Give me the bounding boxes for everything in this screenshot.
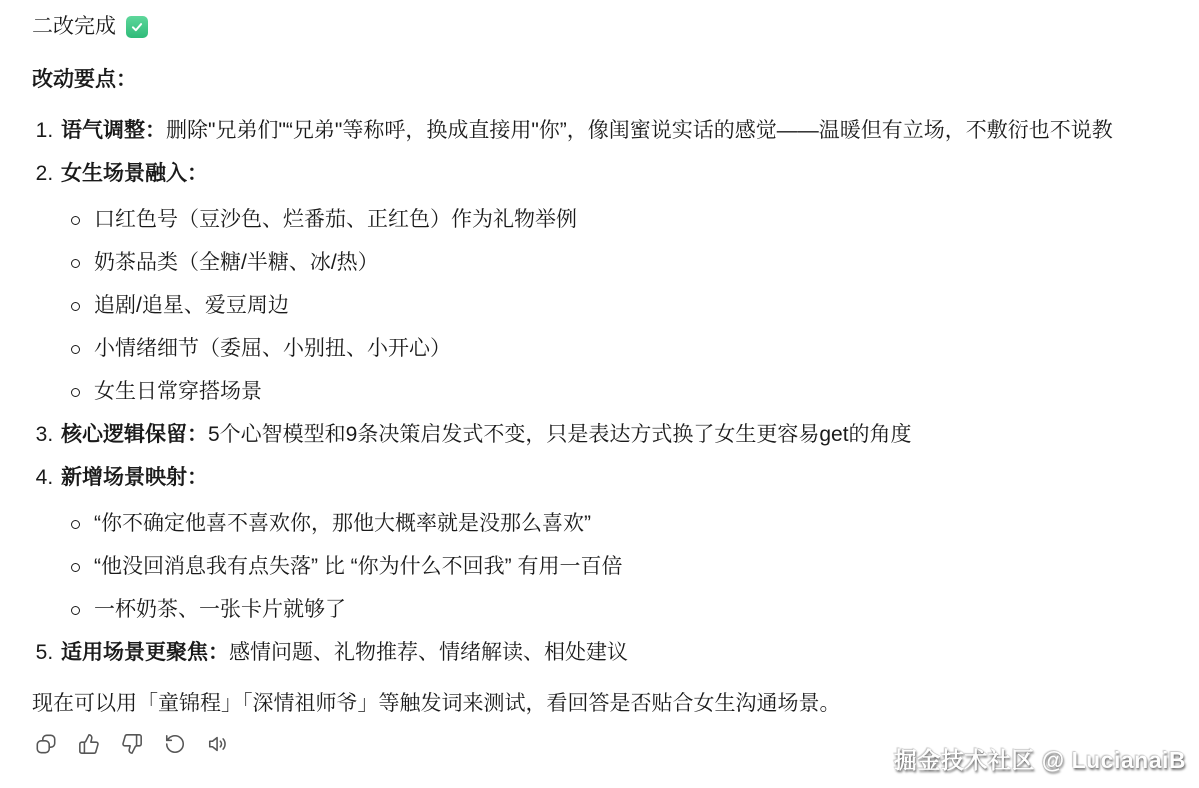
change-item-girl-scenes: 女生场景融入： 口红色号（豆沙色、烂番茄、正红色）作为礼物举例 奶茶品类（全糖/… (59, 159, 1167, 407)
section-heading: 改动要点： (32, 65, 1167, 95)
item-text: 感情问题、礼物推荐、情绪解读、相处建议 (229, 641, 628, 664)
sub-item: 奶茶品类（全糖/半糖、冰/热） (88, 248, 1167, 278)
watermark: 掘金技术社区 @ LucianaiB (894, 742, 1186, 775)
item-label: 语气调整： (61, 119, 166, 142)
change-item-scene-mapping: 新增场景映射： “你不确定他喜不喜欢你，那他大概率就是没那么喜欢” “他没回消息… (59, 463, 1167, 625)
sub-item: 女生日常穿搭场景 (88, 377, 1167, 407)
change-item-core-logic: 核心逻辑保留：5个心智模型和9条决策启发式不变，只是表达方式换了女生更容易get… (59, 420, 1167, 450)
message-title: 二改完成 (32, 12, 1167, 42)
sub-item: 小情绪细节（委屈、小别扭、小开心） (88, 334, 1167, 364)
thumbs-up-button[interactable] (77, 732, 101, 759)
changes-list: 语气调整：删除"兄弟们"“兄弟"等称呼，换成直接用"你”，像闺蜜说实话的感觉——… (32, 116, 1167, 668)
sub-list: “你不确定他喜不喜欢你，那他大概率就是没那么喜欢” “他没回消息我有点失落” 比… (61, 509, 1167, 625)
item-label: 女生场景融入： (61, 162, 208, 185)
item-text: 删除"兄弟们"“兄弟"等称呼，换成直接用"你”，像闺蜜说实话的感觉——温暖但有立… (166, 119, 1113, 142)
title-text: 二改完成 (32, 12, 116, 42)
regenerate-icon (164, 733, 186, 758)
read-aloud-button[interactable] (206, 732, 230, 759)
check-mark-emoji (126, 16, 148, 38)
sub-list: 口红色号（豆沙色、烂番茄、正红色）作为礼物举例 奶茶品类（全糖/半糖、冰/热） … (61, 205, 1167, 407)
sub-item: 一杯奶茶、一张卡片就够了 (88, 595, 1167, 625)
copy-icon (35, 733, 57, 758)
copy-button[interactable] (34, 732, 58, 759)
item-label: 核心逻辑保留： (61, 423, 208, 446)
thumbs-down-icon (121, 733, 143, 758)
closing-paragraph: 现在可以用「童锦程」「深情祖师爷」等触发词来测试，看回答是否贴合女生沟通场景。 (32, 689, 1167, 719)
sub-item: “他没回消息我有点失落” 比 “你为什么不回我” 有用一百倍 (88, 552, 1167, 582)
regenerate-button[interactable] (163, 732, 187, 759)
sub-item: 追剧/追星、爱豆周边 (88, 291, 1167, 321)
item-label: 适用场景更聚焦： (61, 641, 229, 664)
change-item-tone: 语气调整：删除"兄弟们"“兄弟"等称呼，换成直接用"你”，像闺蜜说实话的感觉——… (59, 116, 1167, 146)
sub-item: “你不确定他喜不喜欢你，那他大概率就是没那么喜欢” (88, 509, 1167, 539)
sub-item: 口红色号（豆沙色、烂番茄、正红色）作为礼物举例 (88, 205, 1167, 235)
item-text: 5个心智模型和9条决策启发式不变，只是表达方式换了女生更容易get的角度 (208, 423, 912, 446)
change-item-use-cases: 适用场景更聚焦：感情问题、礼物推荐、情绪解读、相处建议 (59, 638, 1167, 668)
item-label: 新增场景映射： (61, 466, 208, 489)
assistant-message: 二改完成 改动要点： 语气调整：删除"兄弟们"“兄弟"等称呼，换成直接用"你”，… (0, 0, 1199, 759)
speaker-icon (207, 733, 229, 758)
thumbs-up-icon (78, 733, 100, 758)
thumbs-down-button[interactable] (120, 732, 144, 759)
